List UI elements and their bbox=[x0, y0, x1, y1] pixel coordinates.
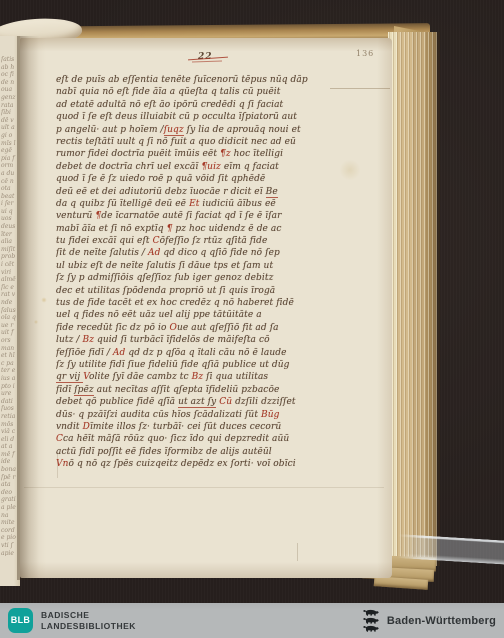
manuscript-line: Cca hēīt māſā rōūz quo· ſicz īdo qui dep… bbox=[56, 433, 360, 445]
library-name-line2: LANDESBIBLIOTHEK bbox=[41, 621, 136, 632]
manuscript-line: rumor fidei doctrīa puēit īmūis eēt ¶z h… bbox=[56, 148, 360, 160]
manuscript-line: fide recedūt ſic dz pō io Oue aut qſeſſi… bbox=[56, 322, 360, 334]
manuscript-line: da q quibz ſū ītelligē deū eē Et iudiciū… bbox=[56, 198, 360, 210]
manuscript-line: debet de doctrīa chrī uel excāī ¶uiz eīm… bbox=[56, 161, 360, 173]
manuscript-line: ſz ſy p admiſſiōis qſeſſioz ſub iger gen… bbox=[56, 272, 360, 284]
manuscript-line: eſt de puīs ab eſſentia tenēte ſuīcenorū… bbox=[56, 74, 360, 86]
manuscript-line: quod ī ſe ē ſz uiedo roē p quā vōid ſit … bbox=[56, 173, 360, 185]
library-branding: BLB BADISCHE LANDESBIBLIOTHEK bbox=[8, 608, 136, 633]
manuscript-line: rectis teſtātī uult q ſi nō fuit a quo d… bbox=[56, 136, 360, 148]
folio-number: 136 bbox=[356, 49, 374, 58]
manuscript-line: feſſiōe fidī / Ad qd dz p qſōa q ītali c… bbox=[56, 347, 360, 359]
fore-edge-shadow bbox=[430, 32, 440, 566]
manuscript-line: qr vij Volite ſyī dāe cambz tc Bz ſi qua… bbox=[56, 371, 360, 383]
facing-page-edge: ſatis ab hoc fide noua genz rata ſibi dē… bbox=[0, 36, 20, 586]
digitized-manuscript-view: ſatis ab hoc fide noua genz rata ſibi dē… bbox=[0, 0, 504, 638]
manuscript-line: vndit Dīmite illos ſz· turbāī· cei ſūt d… bbox=[56, 421, 360, 433]
manuscript-line: dec et utilitas ſpōdenda propriō ut ſi q… bbox=[56, 285, 360, 297]
manuscript-line: ſz ſy utilite fidī ſiue fideliū fide qſi… bbox=[56, 359, 360, 371]
manuscript-line: lutz / Bz quid ſi turbācī īfidelōs de mā… bbox=[56, 334, 360, 346]
blb-logo: BLB bbox=[8, 608, 33, 633]
bw-coat-of-arms-icon bbox=[362, 609, 380, 633]
manuscript-line: ul ubiz eſt de neīte ſalutis ſi dāue tps… bbox=[56, 260, 360, 272]
manuscript-line: nabī quia nō eſt fide āīa a qūeſta q tal… bbox=[56, 86, 360, 98]
library-name-line1: BADISCHE bbox=[41, 610, 136, 621]
manuscript-line: mabī āīa et ſi nō exptīq ¶ pz hoc uidend… bbox=[56, 223, 360, 235]
manuscript-photo: ſatis ab hoc fide noua genz rata ſibi dē… bbox=[0, 0, 504, 603]
state-branding: Baden-Württemberg bbox=[362, 609, 496, 633]
manuscript-line: tus de fide tacēt et ex hoc credēz q nō … bbox=[56, 297, 360, 309]
facing-page-text: ſatis ab hoc fide noua genz rata ſibi dē… bbox=[1, 56, 16, 556]
ruling-tick bbox=[297, 543, 298, 561]
state-label: Baden-Württemberg bbox=[387, 615, 496, 627]
manuscript-line: uel q fides nō eēt uāz uel alij ppe tātū… bbox=[56, 309, 360, 321]
manuscript-line: actū fidī poſſit eē fides īformibz de al… bbox=[56, 446, 360, 458]
red-strike-line bbox=[192, 60, 222, 62]
manuscript-line: dūs· q pzāīſzi audita cūs hīos ſcādaliza… bbox=[56, 409, 360, 421]
manuscript-text: eſt de puīs ab eſſentia tenēte ſuīcenorū… bbox=[56, 74, 360, 471]
manuscript-line: venturū ¶de īcarnatōe autē ſi faciat qd … bbox=[56, 210, 360, 222]
manuscript-line: tu fidei excāī qui eſt Cōfeſſio ſz rtūz … bbox=[56, 235, 360, 247]
manuscript-line: fidī ſpēz aut necītas aſſit qſepta īfide… bbox=[56, 384, 360, 396]
manuscript-line: deū eē et dei adiutoriū debz īuocāe r di… bbox=[56, 186, 360, 198]
manuscript-line: Vnō q nō qz ſpēs cuizqeitz depēdz ex ſor… bbox=[56, 458, 360, 470]
page-crease bbox=[24, 487, 384, 488]
library-name: BADISCHE LANDESBIBLIOTHEK bbox=[41, 610, 136, 631]
manuscript-line: quod ī ſe eſt deus illuiabit cū p occult… bbox=[56, 111, 360, 123]
manuscript-line: debet qō publice fidē qſīā ut azt ſy Cū … bbox=[56, 396, 360, 408]
manuscript-line: ſit de neīte ſalutis / Ad qd dico q qſiō… bbox=[56, 247, 360, 259]
manuscript-line: ad etatē adultā nō eſt āo ipōrū credēdi … bbox=[56, 99, 360, 111]
manuscript-line: p angelū· aut p hoīem /ſuqz ſy lia de ap… bbox=[56, 124, 360, 136]
manuscript-page: 136 22 eſt de puīs ab eſſentia tenēte ſu… bbox=[20, 38, 392, 578]
library-footer-bar: BLB BADISCHE LANDESBIBLIOTHEK Baden-Würt… bbox=[0, 603, 504, 638]
